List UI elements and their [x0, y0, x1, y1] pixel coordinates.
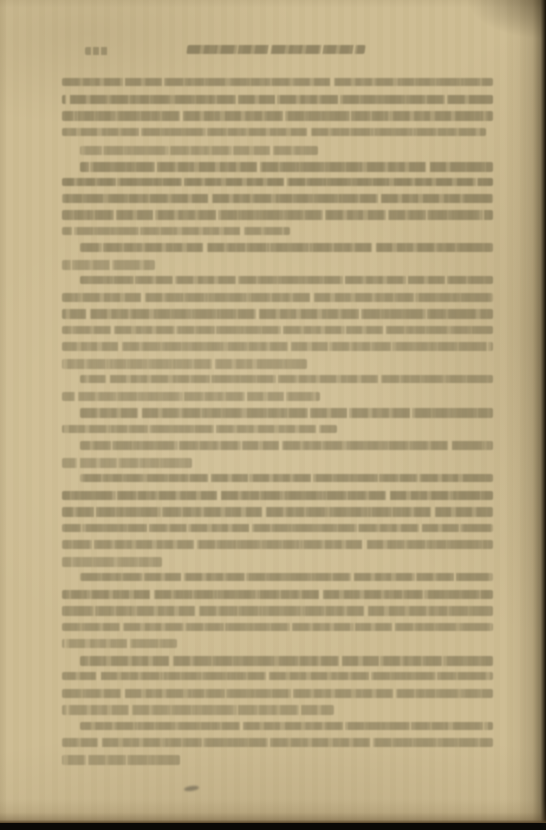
text-line: [80, 243, 493, 252]
book-cover-edge: [0, 823, 546, 830]
text-line: [62, 705, 334, 715]
page-number-faded: [85, 47, 109, 55]
text-line: [62, 309, 493, 319]
ink-smudge: [184, 785, 200, 792]
text-line: [80, 722, 493, 730]
text-line: [62, 111, 493, 121]
text-line: [62, 227, 290, 235]
text-line: [62, 738, 493, 747]
text-line: [80, 656, 493, 666]
text-line: [62, 128, 486, 136]
text-line: [62, 392, 320, 401]
text-line: [80, 408, 493, 418]
text-line: [62, 540, 493, 549]
text-line: [62, 178, 493, 186]
text-line: [62, 359, 307, 369]
text-line: [62, 524, 493, 532]
text-line: [62, 491, 493, 500]
text-line: [80, 276, 493, 284]
text-line: [62, 425, 337, 433]
text-line: [62, 326, 493, 334]
text-line: [80, 375, 493, 383]
text-line: [62, 194, 493, 203]
text-line: [62, 95, 493, 104]
page-edge-shadow-bottom: [0, 799, 546, 823]
running-header-faded: [186, 45, 365, 54]
scanned-book-page: [0, 0, 546, 830]
text-line: [80, 146, 318, 155]
text-line: [62, 606, 493, 616]
text-line: [80, 441, 493, 450]
text-line: [62, 260, 155, 270]
text-line: [80, 162, 493, 172]
text-line: [62, 689, 493, 698]
page-edge-shadow-right: [504, 0, 546, 823]
text-line: [62, 639, 177, 648]
text-line: [62, 507, 493, 517]
text-line: [62, 590, 493, 599]
text-line: [62, 458, 192, 468]
text-line: [62, 557, 162, 567]
text-line: [80, 474, 493, 482]
text-line: [62, 210, 493, 220]
text-line: [62, 342, 493, 351]
text-line: [62, 293, 493, 302]
text-line: [80, 573, 493, 581]
text-line: [62, 755, 180, 765]
text-line: [62, 623, 493, 631]
text-line: [62, 78, 493, 86]
text-line: [62, 672, 493, 680]
